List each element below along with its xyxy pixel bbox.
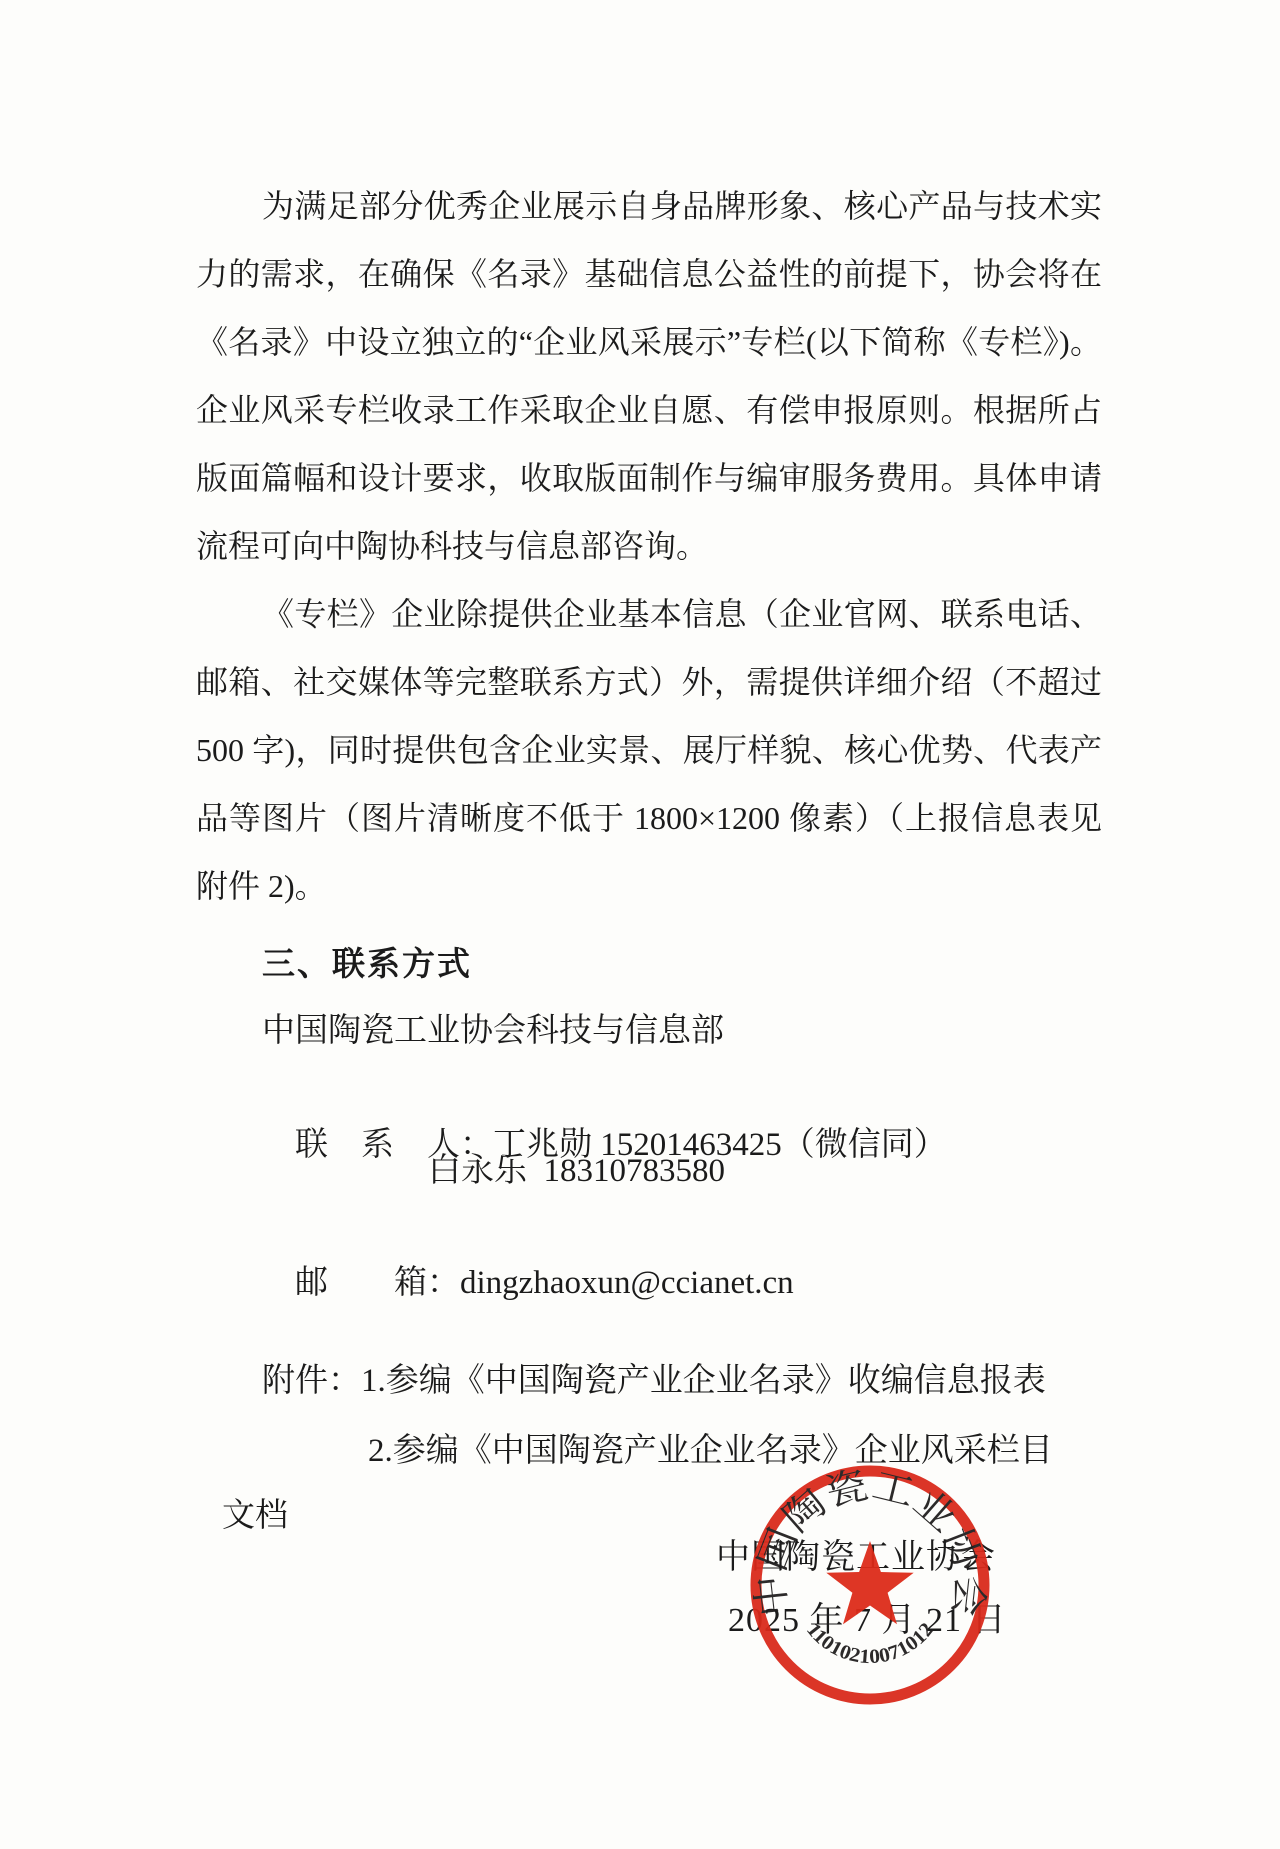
body-line: 附件 2)。: [196, 866, 327, 908]
body-line: 企业风采专栏收录工作采取企业自愿、有偿申报原则。根据所占: [196, 390, 1102, 432]
contact-email-label: 邮 箱：: [295, 1265, 460, 1301]
contact-email-value: dingzhaoxun@ccianet.cn: [460, 1265, 794, 1301]
doc-label: 文档: [222, 1495, 288, 1538]
official-seal: 中国陶瓷工业协会 11010210071012: [740, 1455, 1000, 1715]
contact-email-line: 邮 箱：dingzhaoxun@ccianet.cn: [262, 1219, 794, 1348]
body-line: 为满足部分优秀企业展示自身品牌形象、核心产品与技术实: [196, 186, 1102, 228]
document-page: 为满足部分优秀企业展示自身品牌形象、核心产品与技术实 力的需求，在确保《名录》基…: [0, 0, 1280, 1849]
contact-department: 中国陶瓷工业协会科技与信息部: [262, 1010, 724, 1053]
body-line: 邮箱、社交媒体等完整联系方式）外，需提供详细介绍（不超过: [196, 662, 1102, 704]
attachment-line-1: 附件：1.参编《中国陶瓷产业企业名录》收编信息报表: [262, 1360, 1046, 1403]
contact-person-2: 白永乐 18310783580: [428, 1150, 725, 1193]
body-line: 品等图片（图片清晰度不低于 1800×1200 像素）（上报信息表见: [196, 798, 1102, 840]
body-line: 《专栏》企业除提供企业基本信息（企业官网、联系电话、: [196, 594, 1102, 636]
body-line: 版面篇幅和设计要求，收取版面制作与编审服务费用。具体申请: [196, 458, 1102, 500]
seal-serial-number: 11010210071012: [802, 1619, 938, 1668]
seal-star-icon: [826, 1541, 913, 1624]
body-line: 《名录》中设立独立的“企业风采展示”专栏(以下简称《专栏》)。: [196, 322, 1102, 364]
body-line: 流程可向中陶协科技与信息部咨询。: [196, 526, 708, 568]
section-heading: 三、联系方式: [262, 943, 472, 986]
body-line: 500 字)，同时提供包含企业实景、展厅样貌、核心优势、代表产: [196, 730, 1102, 772]
body-line: 力的需求，在确保《名录》基础信息公益性的前提下，协会将在: [196, 254, 1102, 296]
